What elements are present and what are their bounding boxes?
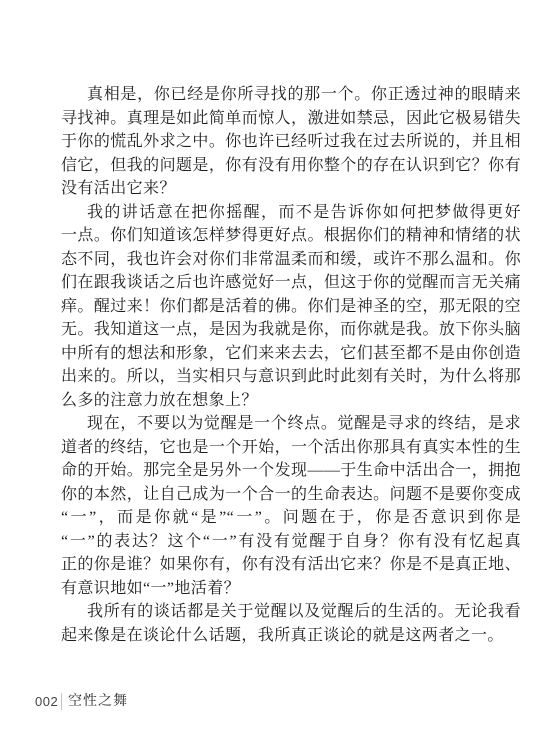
text-line: 真相是，你已经是你所寻找的那一个。你正透过神的眼睛来	[61, 83, 521, 107]
text-line: 有意识地如“一”地活着？	[61, 577, 521, 601]
paragraph: 现在，不要以为觉醒是一个终点。觉醒是寻求的终结，是求道者的终结，它也是一个开始，…	[61, 412, 521, 600]
paragraph: 真相是，你已经是你所寻找的那一个。你正透过神的眼睛来寻找神。真理是如此简单而惊人…	[61, 83, 521, 201]
text-line: 于你的慌乱外求之中。你也许已经听过我在过去所说的，并且相	[61, 130, 521, 154]
body-text: 真相是，你已经是你所寻找的那一个。你正透过神的眼睛来寻找神。真理是如此简单而惊人…	[61, 83, 521, 647]
text-line: 们在跟我谈话之后也许感觉好一点，但这于你的觉醒而言无关痛	[61, 271, 521, 295]
text-line: 一点。你们知道该怎样梦得更好点。根据你们的精神和情绪的状	[61, 224, 521, 248]
text-line: 现在，不要以为觉醒是一个终点。觉醒是寻求的终结，是求	[61, 412, 521, 436]
text-line: 起来像是在谈论什么话题，我所真正谈论的就是这两者之一。	[61, 624, 521, 648]
paragraph: 我所有的谈话都是关于觉醒以及觉醒后的生活的。无论我看起来像是在谈论什么话题，我所…	[61, 600, 521, 647]
text-line: 没有活出它来？	[61, 177, 521, 201]
text-line: 我所有的谈话都是关于觉醒以及觉醒后的生活的。无论我看	[61, 600, 521, 624]
text-line: 信它，但我的问题是，你有没有用你整个的存在认识到它？你有	[61, 154, 521, 178]
text-line: “一”的表达？这个“一”有没有觉醒于自身？你有没有忆起真	[61, 530, 521, 554]
text-line: 命的开始。那完全是另外一个发现——于生命中活出合一，拥抱	[61, 459, 521, 483]
paragraph: 我的讲话意在把你摇醒，而不是告诉你如何把梦做得更好一点。你们知道该怎样梦得更好点…	[61, 201, 521, 413]
text-line: 痒。醒过来！你们都是活着的佛。你们是神圣的空，那无限的空	[61, 295, 521, 319]
text-line: 道者的终结，它也是一个开始，一个活出你那具有真实本性的生	[61, 436, 521, 460]
page-footer: 002 空性之舞	[0, 691, 540, 713]
book-page: 真相是，你已经是你所寻找的那一个。你正透过神的眼睛来寻找神。真理是如此简单而惊人…	[0, 0, 540, 753]
text-line: 你的本然，让自己成为一个合一的生命表达。问题不是要你变成	[61, 483, 521, 507]
text-line: 出来的。所以，当实相只与意识到此时此刻有关时，为什么将那	[61, 365, 521, 389]
text-line: 无。我知道这一点，是因为我就是你，而你就是我。放下你头脑	[61, 318, 521, 342]
text-line: 我的讲话意在把你摇醒，而不是告诉你如何把梦做得更好	[61, 201, 521, 225]
text-line: “一”，而是你就“是”“一”。问题在于，你是否意识到你是	[61, 506, 521, 530]
text-line: 么多的注意力放在想象上？	[61, 389, 521, 413]
footer-divider	[61, 693, 62, 710]
text-line: 寻找神。真理是如此简单而惊人，激进如禁忌，因此它极易错失	[61, 107, 521, 131]
page-number: 002	[35, 694, 58, 710]
book-title: 空性之舞	[68, 693, 128, 710]
text-line: 正的你是谁？如果你有，你有没有活出它来？你是不是真正地、	[61, 553, 521, 577]
text-line: 态不同，我也许会对你们非常温柔而和缓，或许不那么温和。你	[61, 248, 521, 272]
text-line: 中所有的想法和形象，它们来来去去，它们甚至都不是由你创造	[61, 342, 521, 366]
